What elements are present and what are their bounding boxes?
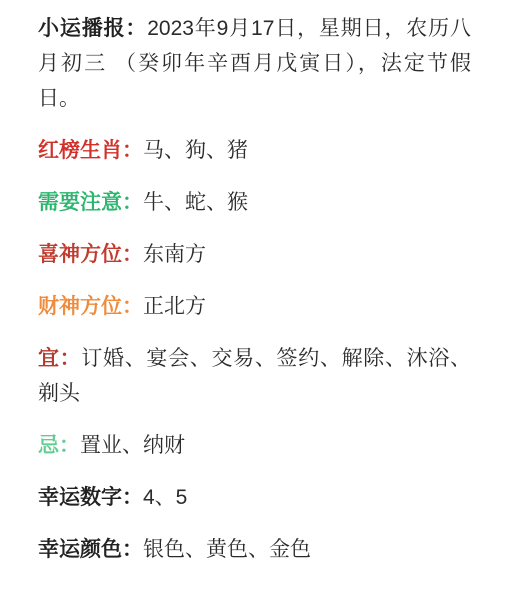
joy-god-direction-text: 东南方	[143, 243, 206, 266]
joy-god-direction-label: 喜神方位：	[38, 243, 143, 266]
wealth-god-direction-text: 正北方	[143, 295, 206, 318]
inauspicious-label: 忌：	[38, 434, 80, 457]
lucky-colors-text: 银色、黄色、金色	[143, 538, 311, 561]
daily-broadcast-label: 小运播报：	[38, 17, 147, 40]
inauspicious-text: 置业、纳财	[80, 434, 185, 457]
fortune-article: 小运播报：2023年9月17日，星期日，农历八月初三 （癸卯年辛酉月戊寅日），法…	[0, 0, 507, 567]
auspicious-text: 订婚、宴会、交易、签约、解除、沐浴、剃头	[38, 347, 471, 405]
section-daily-broadcast: 小运播报：2023年9月17日，星期日，农历八月初三 （癸卯年辛酉月戊寅日），法…	[38, 11, 471, 116]
section-need-attention: 需要注意：牛、蛇、猴	[38, 185, 471, 220]
section-joy-god-direction: 喜神方位：东南方	[38, 237, 471, 272]
need-attention-text: 牛、蛇、猴	[143, 191, 248, 214]
section-wealth-god-direction: 财神方位：正北方	[38, 289, 471, 324]
auspicious-label: 宜：	[38, 347, 81, 370]
section-lucky-numbers: 幸运数字：4、5	[38, 480, 471, 515]
need-attention-label: 需要注意：	[38, 191, 143, 214]
red-list-zodiac-text: 马、狗、猪	[143, 139, 248, 162]
lucky-numbers-text: 4、5	[143, 486, 187, 509]
section-lucky-colors: 幸运颜色：银色、黄色、金色	[38, 532, 471, 567]
red-list-zodiac-label: 红榜生肖：	[38, 139, 143, 162]
section-red-list-zodiac: 红榜生肖：马、狗、猪	[38, 133, 471, 168]
wealth-god-direction-label: 财神方位：	[38, 295, 143, 318]
section-auspicious: 宜：订婚、宴会、交易、签约、解除、沐浴、剃头	[38, 341, 471, 411]
section-inauspicious: 忌：置业、纳财	[38, 428, 471, 463]
lucky-colors-label: 幸运颜色：	[38, 538, 143, 561]
lucky-numbers-label: 幸运数字：	[38, 486, 143, 509]
